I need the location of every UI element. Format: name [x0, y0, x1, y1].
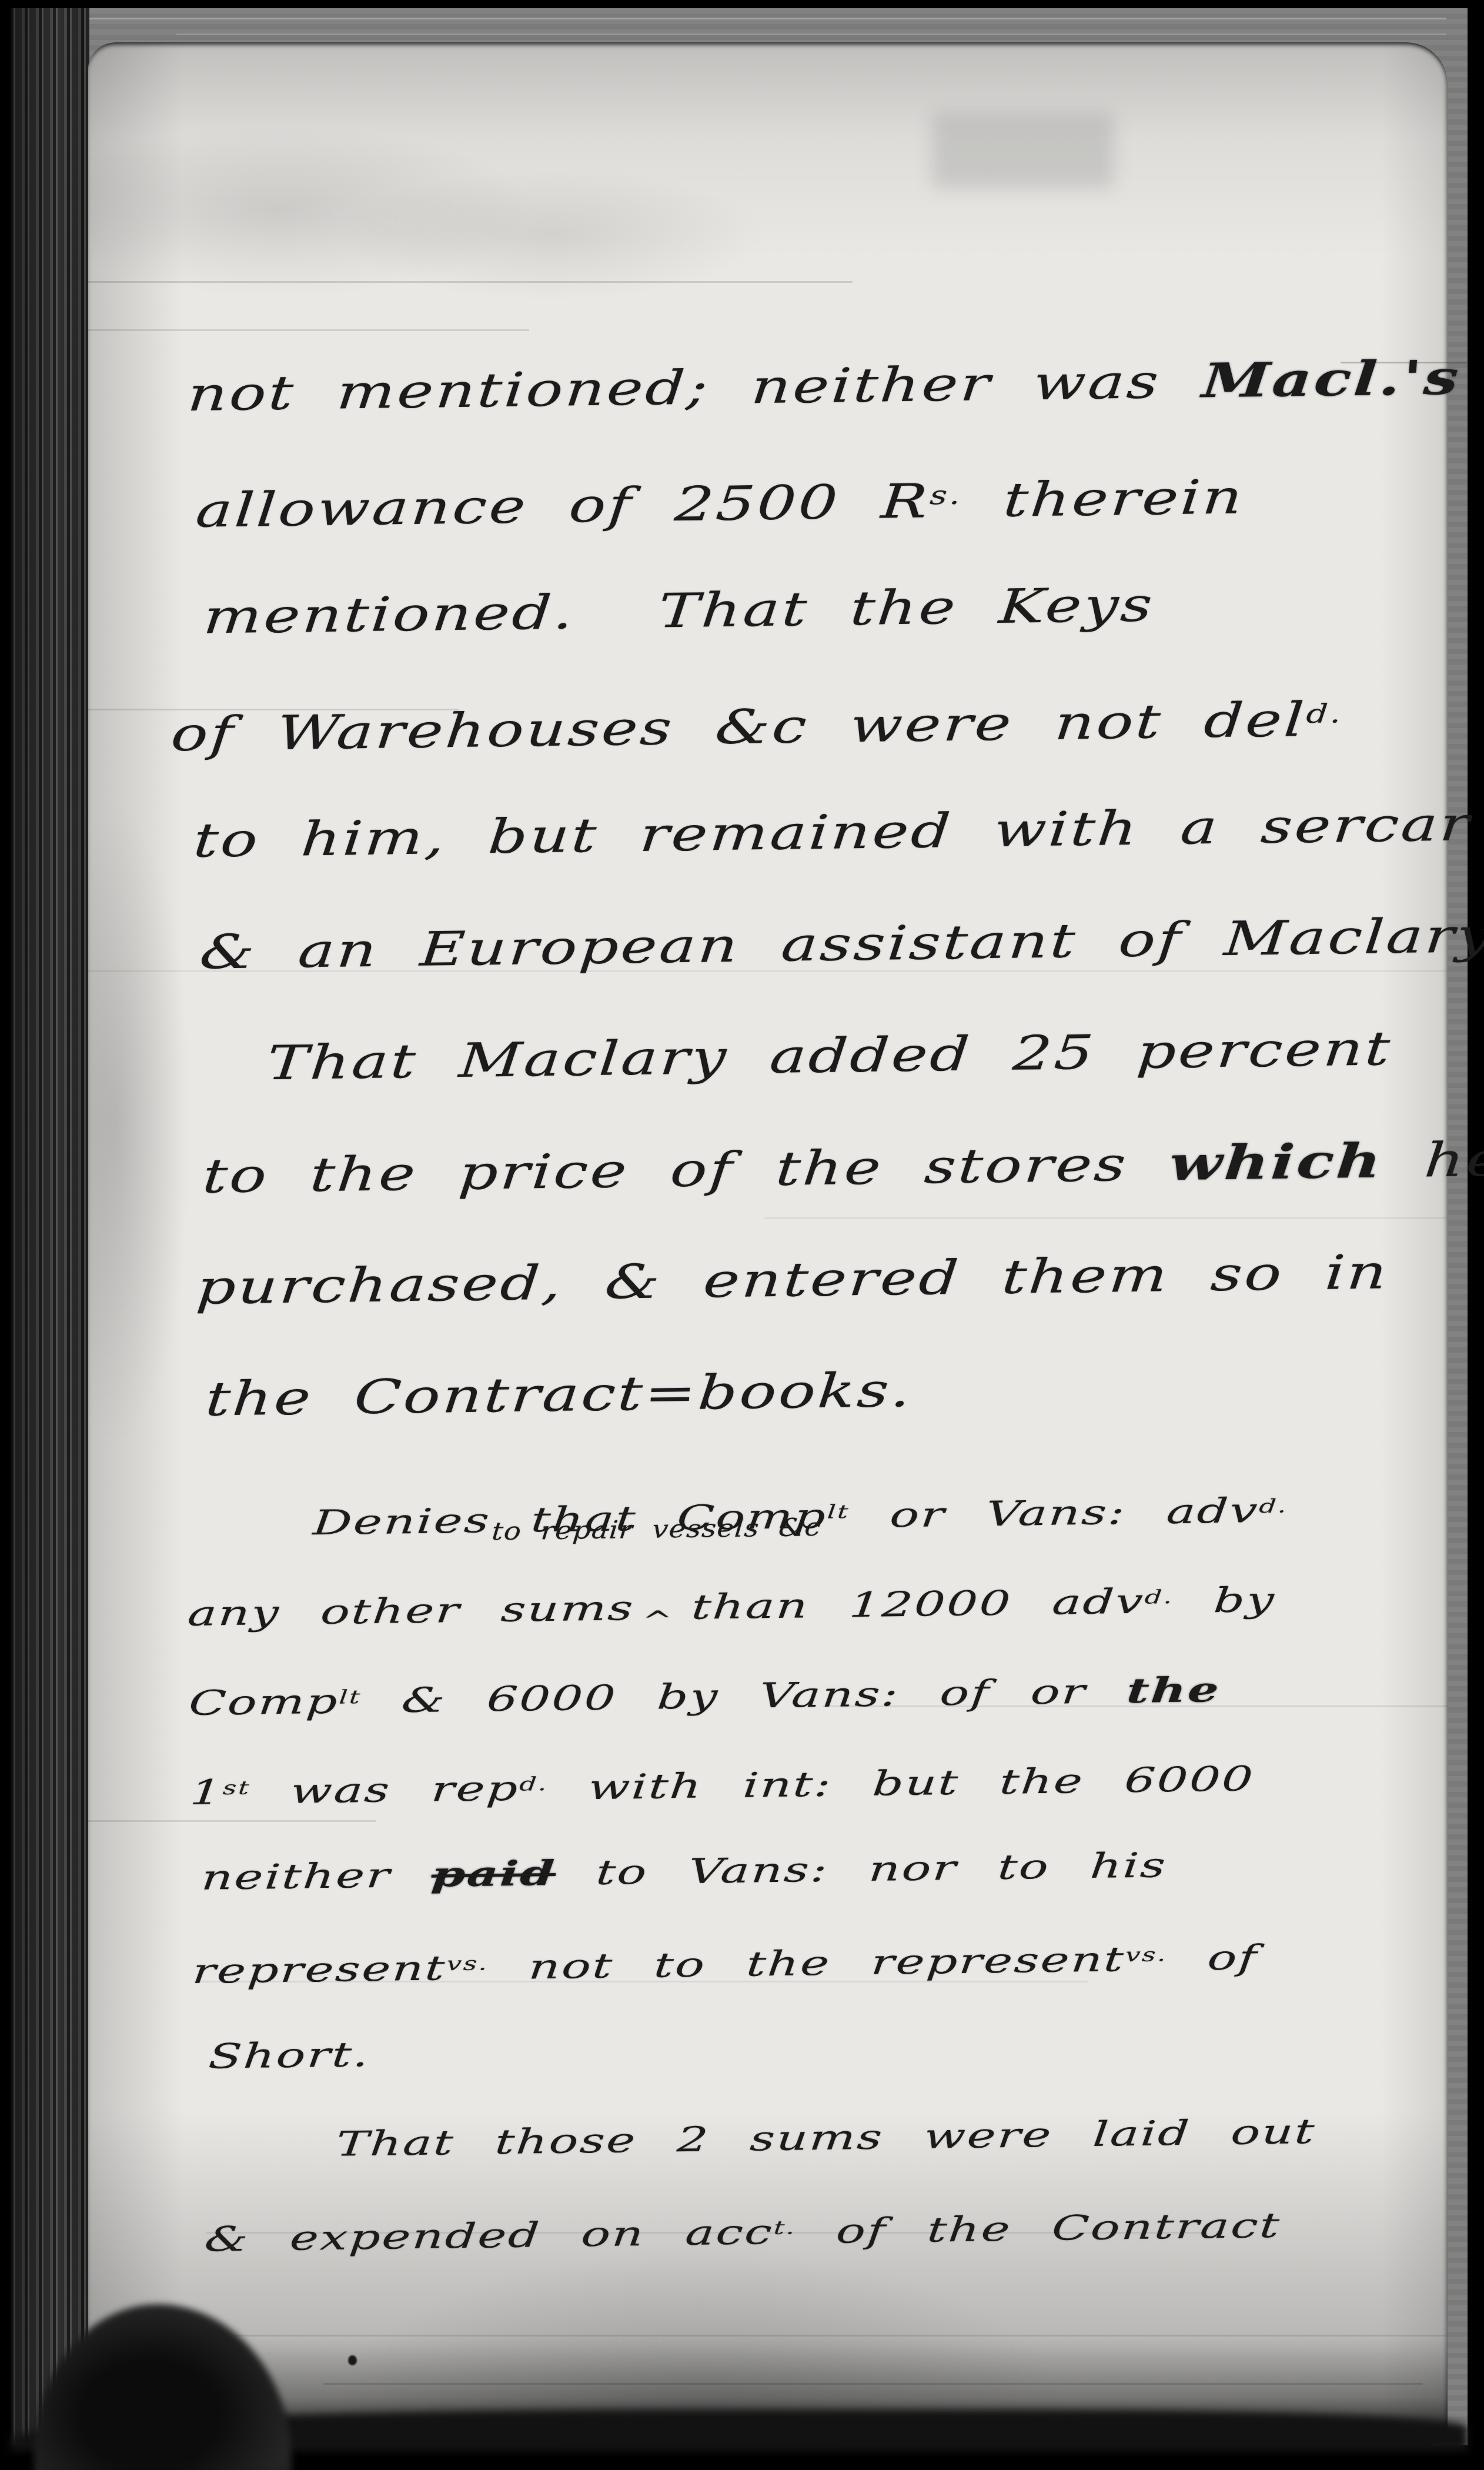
text-run: d. — [1258, 1495, 1289, 1518]
text-run: of the Contract — [794, 2205, 1282, 2252]
manuscript-line: the Contract=books. — [202, 1324, 1484, 1456]
manuscript-line: of Warehouses &c were not deld. — [168, 653, 1484, 786]
text-run: mentioned. That the Keys — [202, 577, 1157, 644]
text-run: was rep — [249, 1768, 520, 1812]
manuscript-line: That Maclary added 25 percent — [263, 989, 1484, 1119]
manuscript-line: to the price of the stores which he — [199, 1100, 1484, 1232]
text-run: vs. — [1125, 1943, 1169, 1966]
text-run: not mentioned; neither was — [186, 353, 1204, 422]
manuscript-text: not mentioned; neither was Macl.'sallowa… — [182, 323, 1383, 2280]
text-run: lt — [338, 1685, 362, 1708]
text-run: which — [1168, 1133, 1385, 1191]
manuscript-line: allowance of 2500 Rs. therein — [192, 430, 1484, 562]
text-run: purchased, & entered them so in — [195, 1244, 1391, 1315]
text-run: to the price of the stores — [200, 1136, 1171, 1204]
text-run: s. — [929, 480, 964, 511]
text-run: d. — [1144, 1586, 1175, 1608]
text-run: That those 2 sums were laid out — [335, 2111, 1317, 2164]
text-run: the Contract=books. — [204, 1363, 915, 1427]
text-run: any other sums — [186, 1588, 636, 1634]
backdrop-scratch-line — [176, 34, 1446, 35]
text-run: with int: but the 6000 — [547, 1758, 1256, 1808]
manuscript-line: to him, but remained with a sercar — [189, 765, 1484, 897]
faded-stamp-smudge — [932, 113, 1114, 188]
manuscript-line: purchased, & entered them so in — [192, 1212, 1484, 1344]
text-run: lt — [827, 1500, 851, 1523]
manuscript-line: not mentioned; neither was Macl.'s — [183, 318, 1484, 450]
text-run: the — [1125, 1670, 1222, 1711]
text-run: Comp — [188, 1681, 340, 1723]
text-run: vs. — [446, 1952, 490, 1975]
text-run: d. — [519, 1773, 549, 1795]
photographed-manuscript: { "photo": { "frame_color": "#000000", "… — [0, 0, 1484, 2470]
text-run: 1 — [189, 1772, 224, 1813]
text-run: to repair vessels &c — [491, 1513, 823, 1546]
manuscript-line: & an European assistant of Maclary. — [196, 877, 1484, 1009]
text-run: of Warehouses &c were not del — [169, 692, 1308, 762]
book-spine — [11, 8, 89, 2445]
text-run: & 6000 by Vans: of or — [360, 1671, 1128, 1721]
text-run: than 12000 adv — [690, 1581, 1146, 1627]
text-run: therein — [960, 469, 1246, 528]
text-run: That Maclary added 25 percent — [265, 1021, 1394, 1090]
text-run: or Vans: adv — [848, 1490, 1260, 1536]
scan-artifact-line — [88, 329, 529, 331]
scan-artifact-line — [118, 2335, 1446, 2337]
text-run: of — [1166, 1937, 1260, 1978]
manuscript-line: Denies that Complt or Vans: advd. — [310, 1454, 1484, 1564]
text-run: to him, but remained with a sercar — [192, 796, 1473, 868]
text-run: Short. — [207, 2034, 372, 2077]
text-run: he — [1381, 1132, 1484, 1189]
text-run: t. — [773, 2217, 797, 2239]
manuscript-line: mentioned. That the Keys — [199, 542, 1484, 673]
text-run: & expended on acc — [203, 2212, 775, 2259]
text-run: paid — [430, 1853, 557, 1895]
text-run: & an European assistant of Maclary. — [198, 908, 1484, 980]
text-run: d. — [1305, 699, 1344, 729]
text-run: Macl.'s — [1200, 350, 1462, 409]
text-run: represent — [191, 1948, 448, 1991]
text-run: to Vans: nor to his — [554, 1845, 1169, 1893]
text-run: not to the represent — [487, 1939, 1127, 1987]
scan-artifact-line — [88, 281, 853, 283]
text-run: st — [222, 1777, 252, 1800]
text-run: allowance of 2500 R — [194, 473, 932, 538]
backdrop-scratch-line — [71, 18, 1446, 19]
text-run: by — [1172, 1580, 1277, 1621]
text-run: neither — [200, 1855, 433, 1898]
